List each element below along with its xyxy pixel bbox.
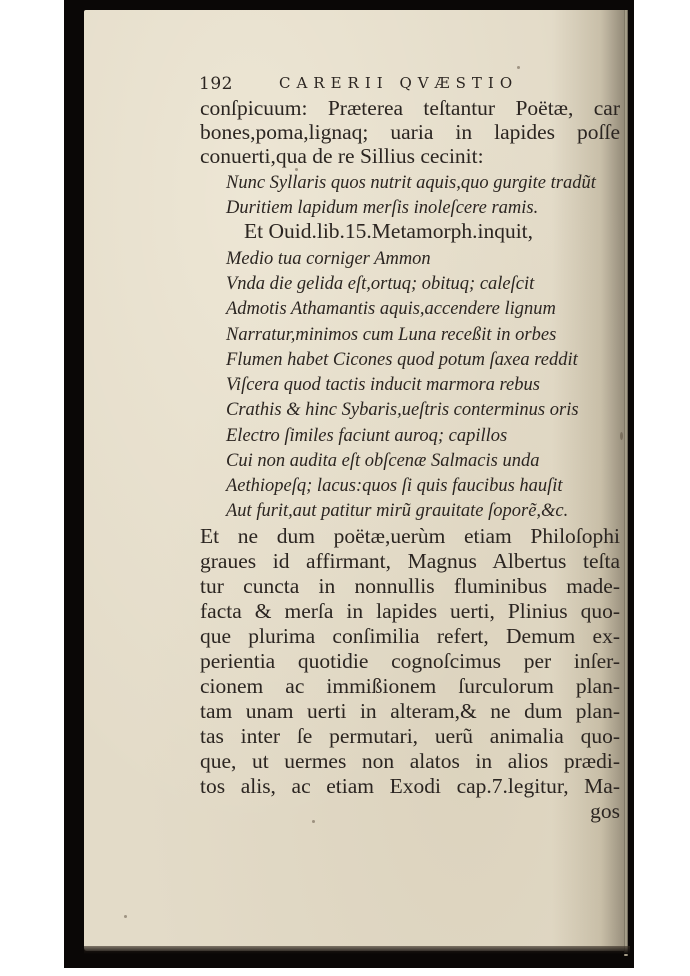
prose-line: cionem ac immißionem ſurculorum plan- <box>200 676 620 698</box>
verse-line: Flumen habet Cicones quod potum ſaxea re… <box>226 351 578 370</box>
prose-line: tam unam uerti in alteram,& ne dum plan- <box>200 701 620 723</box>
prose-line: facta & merſa in lapides uerti, Plinius … <box>200 601 620 623</box>
verse-line: Electro ſimiles faciunt auroq; capillos <box>226 427 507 446</box>
verse-line: Aut furit,aut patitur mirũ grauitate ſop… <box>226 502 568 521</box>
verse-line: Vnda die gelida eſt,ortuq; obituq; caleſ… <box>226 275 534 294</box>
verse-line: Medio tua corniger Ammon <box>226 250 431 269</box>
page-text: 192 CARERII QVÆSTIO conſpicuum: Præterea… <box>0 0 690 976</box>
prose-line: Et ne dum poëtæ,uerùm etiam Philoſophi <box>200 526 620 548</box>
verse-line: Cui non audita eſt obſcenæ Salmacis unda <box>226 452 539 471</box>
running-head-title: CARERII QVÆSTIO <box>279 76 518 91</box>
paper-speck <box>312 820 315 823</box>
paper-speck <box>517 66 520 69</box>
verse-line: Viſcera quod tactis inducit marmora rebu… <box>226 376 540 395</box>
verse-line: Crathis & hinc Sybaris,ueſtris contermin… <box>226 401 579 420</box>
page-number: 192 <box>199 76 233 93</box>
verse-line: Nunc Syllaris quos nutrit aquis,quo gurg… <box>226 174 596 193</box>
prose-line: bones,poma,lignaq; uaria in lapides poſſ… <box>200 122 620 144</box>
prose-line: tur cuncta in nonnullis fluminibus made- <box>200 576 620 598</box>
prose-line: que, ut uermes non alatos in alios prædi… <box>200 751 620 773</box>
verse-line: Narratur,minimos cum Luna receßit in orb… <box>226 326 556 345</box>
prose-line: que plurima conſimilia refert, Demum ex- <box>200 626 620 648</box>
prose-line: tos alis, ac etiam Exodi cap.7.legitur, … <box>200 776 620 798</box>
paper-speck <box>124 915 127 918</box>
prose-line: perientia quotidie cognoſcimus per inſer… <box>200 651 620 673</box>
prose-line: conuerti,qua de re Sillius cecinit: <box>200 146 620 168</box>
catchword: gos <box>200 801 620 823</box>
paper-speck <box>620 432 623 440</box>
paper-speck <box>295 168 298 171</box>
prose-line: tas inter ſe permutari, uerũ animalia qu… <box>200 726 620 748</box>
prose-line: graues id affirmant, Magnus Albertus teſ… <box>200 551 620 573</box>
verse-line: Duritiem lapidum merſis inoleſcere ramis… <box>226 199 538 218</box>
ovid-citation: Et Ouid.lib.15.Metamorph.inquit, <box>244 221 624 243</box>
prose-line: conſpicuum: Præterea teſtantur Poëtæ, ca… <box>200 98 620 120</box>
verse-line: Admotis Athamantis aquis,accendere lignu… <box>226 300 556 319</box>
verse-line: Aethiopeſq; lacus:quos ſi quis faucibus … <box>226 477 563 496</box>
